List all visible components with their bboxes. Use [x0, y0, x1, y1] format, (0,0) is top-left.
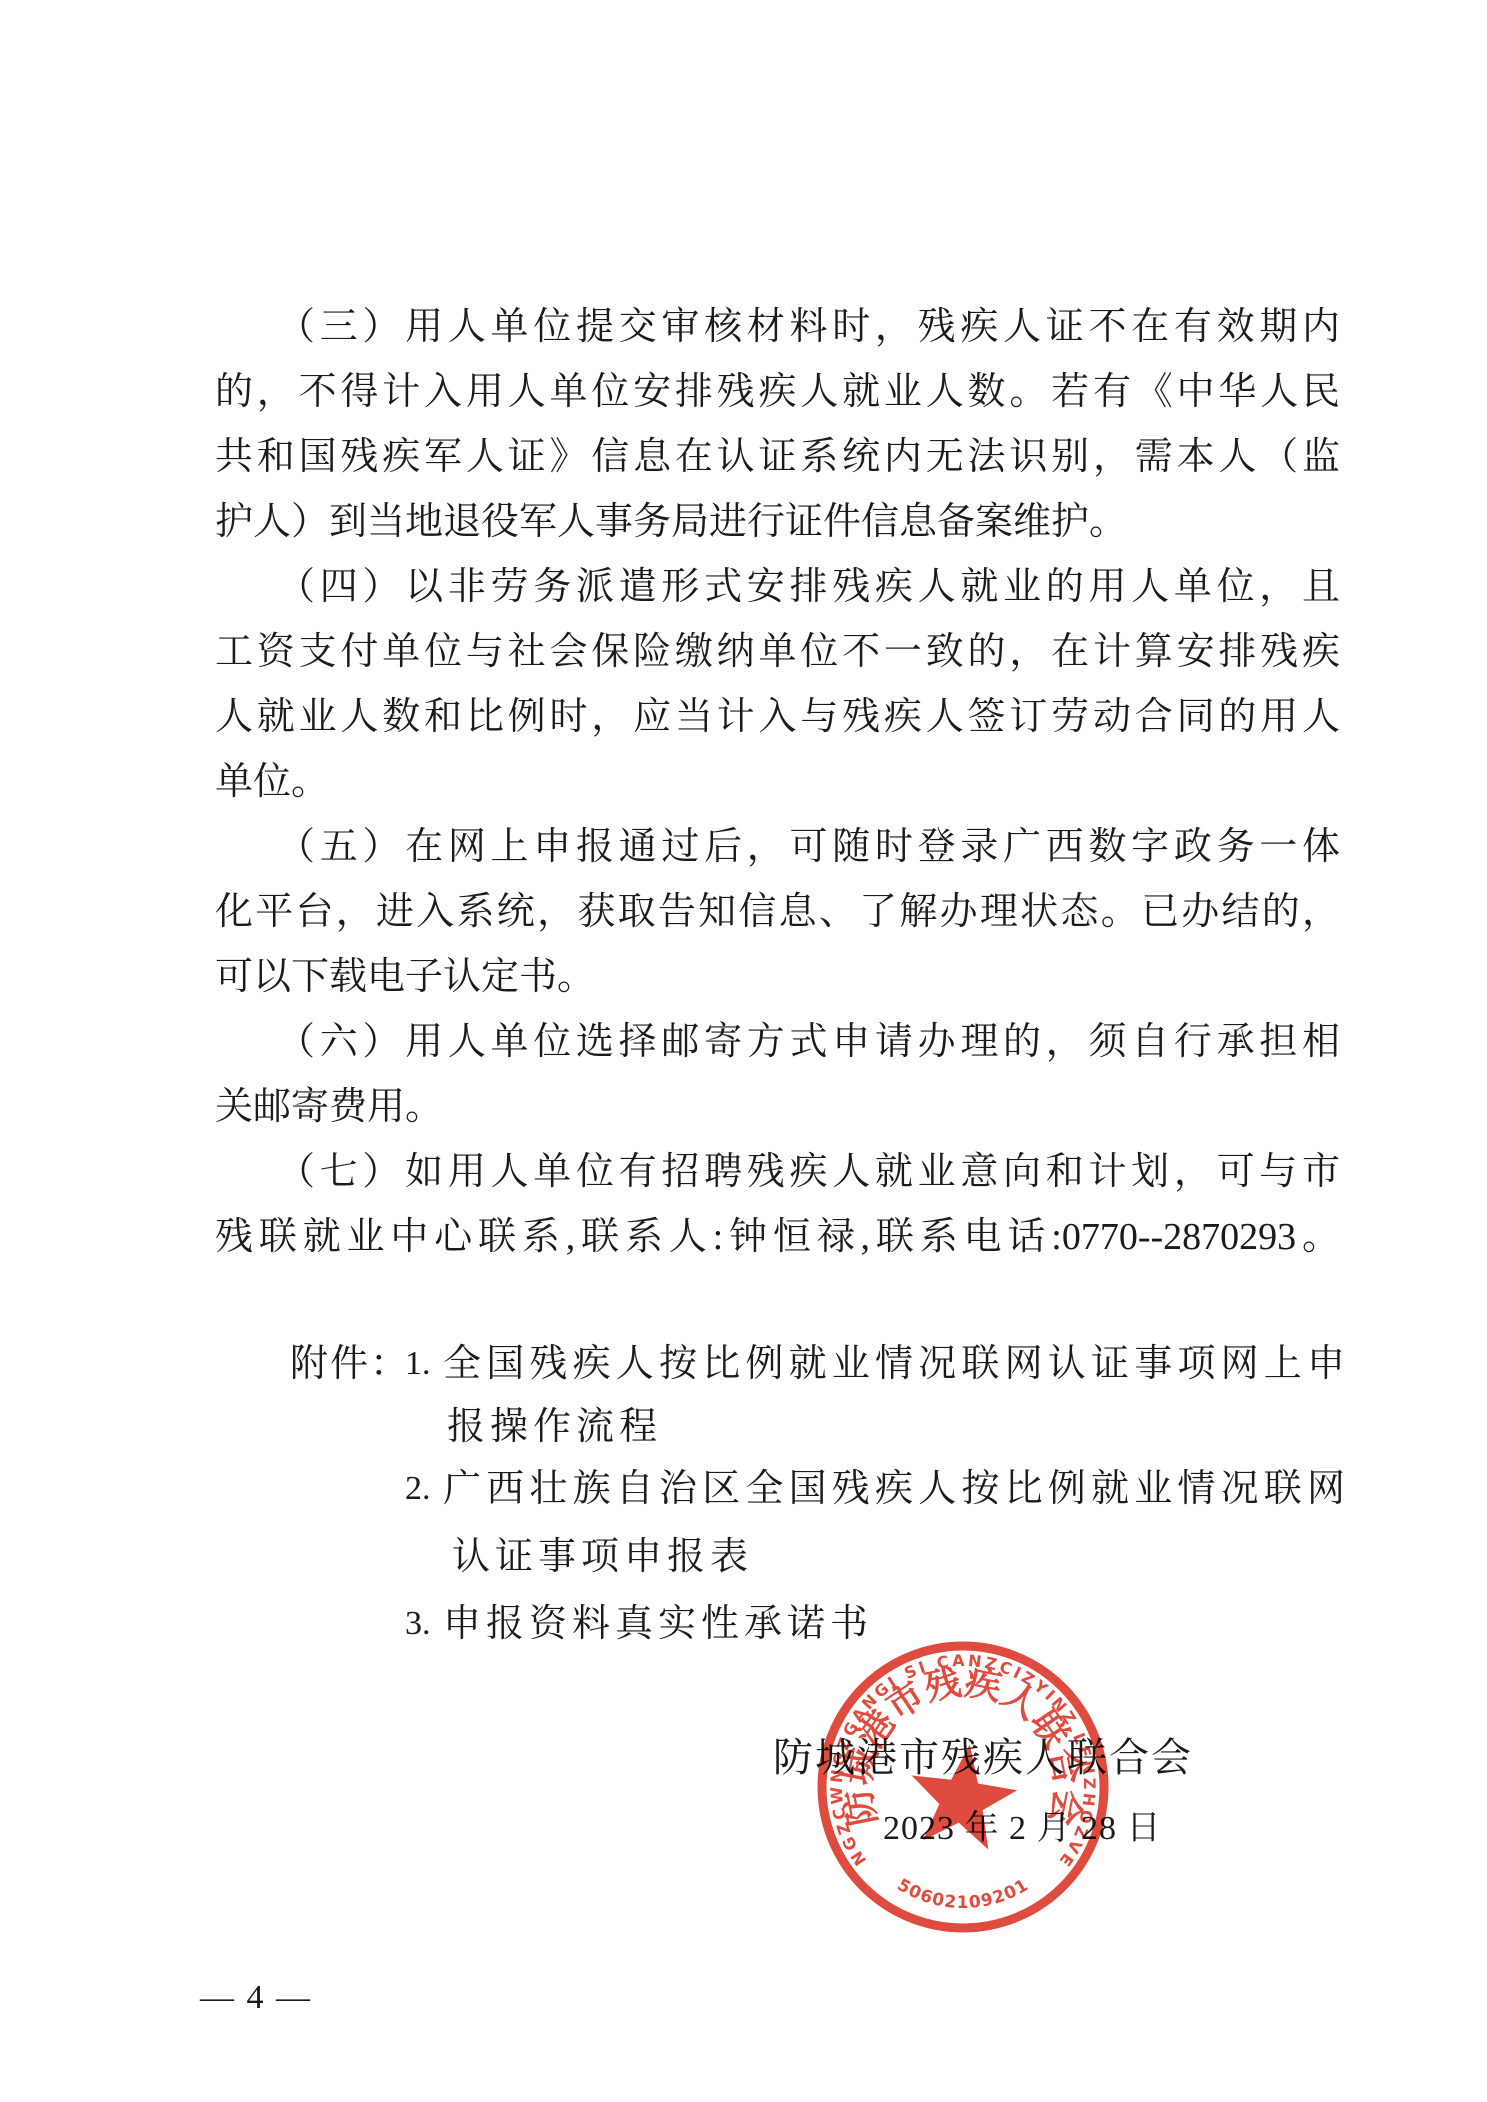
body-line: 护人）到当地退役军人事务局进行证件信息备案维护。: [215, 490, 1340, 555]
document-page: （三）用人单位提交审核材料时，残疾人证不在有效期内 的，不得计入用人单位安排残疾…: [0, 0, 1487, 2102]
attachment-number: 3.: [405, 1592, 443, 1656]
body-line: （六）用人单位选择邮寄方式申请办理的，须自行承担相: [215, 1010, 1340, 1075]
body-line: （四）以非劳务派遣形式安排残疾人就业的用人单位，且: [215, 555, 1340, 620]
attachment-text: 广西壮族自治区全国残疾人按比例就业情况联网: [443, 1457, 1345, 1521]
star-icon: [903, 1737, 1023, 1852]
body-line: 人就业人数和比例时，应当计入与残疾人签订劳动合同的用人: [215, 685, 1340, 750]
body-line: （七）如用人单位有招聘残疾人就业意向和计划，可与市: [215, 1140, 1340, 1205]
page-number: — 4 —: [200, 1978, 312, 2018]
attachments-label: 附件：: [290, 1332, 410, 1396]
body-line: 共和国残疾军人证》信息在认证系统内无法识别，需本人（监: [215, 425, 1340, 490]
body-line: 关邮寄费用。: [215, 1075, 1340, 1140]
body-line: 单位。: [215, 750, 1340, 815]
official-seal: FANGZCWNGZGANGJ SI CANZCIZYINZ LENZHOZVE…: [803, 1627, 1123, 1947]
body-line: 可以下载电子认定书。: [215, 945, 1340, 1010]
attachment-text: 全国残疾人按比例就业情况联网认证事项网上申: [443, 1332, 1345, 1396]
body-text: （三）用人单位提交审核材料时，残疾人证不在有效期内 的，不得计入用人单位安排残疾…: [215, 295, 1340, 1270]
body-line: 化平台，进入系统，获取告知信息、了解办理状态。已办结的，: [215, 880, 1340, 945]
body-line: 工资支付单位与社会保险缴纳单位不一致的，在计算安排残疾: [215, 620, 1340, 685]
body-line: 残联就业中心联系,联系人:钟恒禄,联系电话:0770--2870293。: [215, 1205, 1340, 1270]
attachment-number: 1.: [405, 1332, 443, 1396]
attachment-text: 认证事项申报表: [452, 1525, 753, 1589]
attachment-item: 1. 全国残疾人按比例就业情况联网认证事项网上申: [405, 1332, 1345, 1396]
attachment-number: 2.: [405, 1457, 443, 1521]
attachment-text: 报操作流程: [447, 1395, 662, 1459]
attachment-item: 2. 广西壮族自治区全国残疾人按比例就业情况联网: [405, 1457, 1345, 1521]
body-line: （五）在网上申报通过后，可随时登录广西数字政务一体: [215, 815, 1340, 880]
body-line: （三）用人单位提交审核材料时，残疾人证不在有效期内: [215, 295, 1340, 360]
body-line: 的，不得计入用人单位安排残疾人就业人数。若有《中华人民: [215, 360, 1340, 425]
